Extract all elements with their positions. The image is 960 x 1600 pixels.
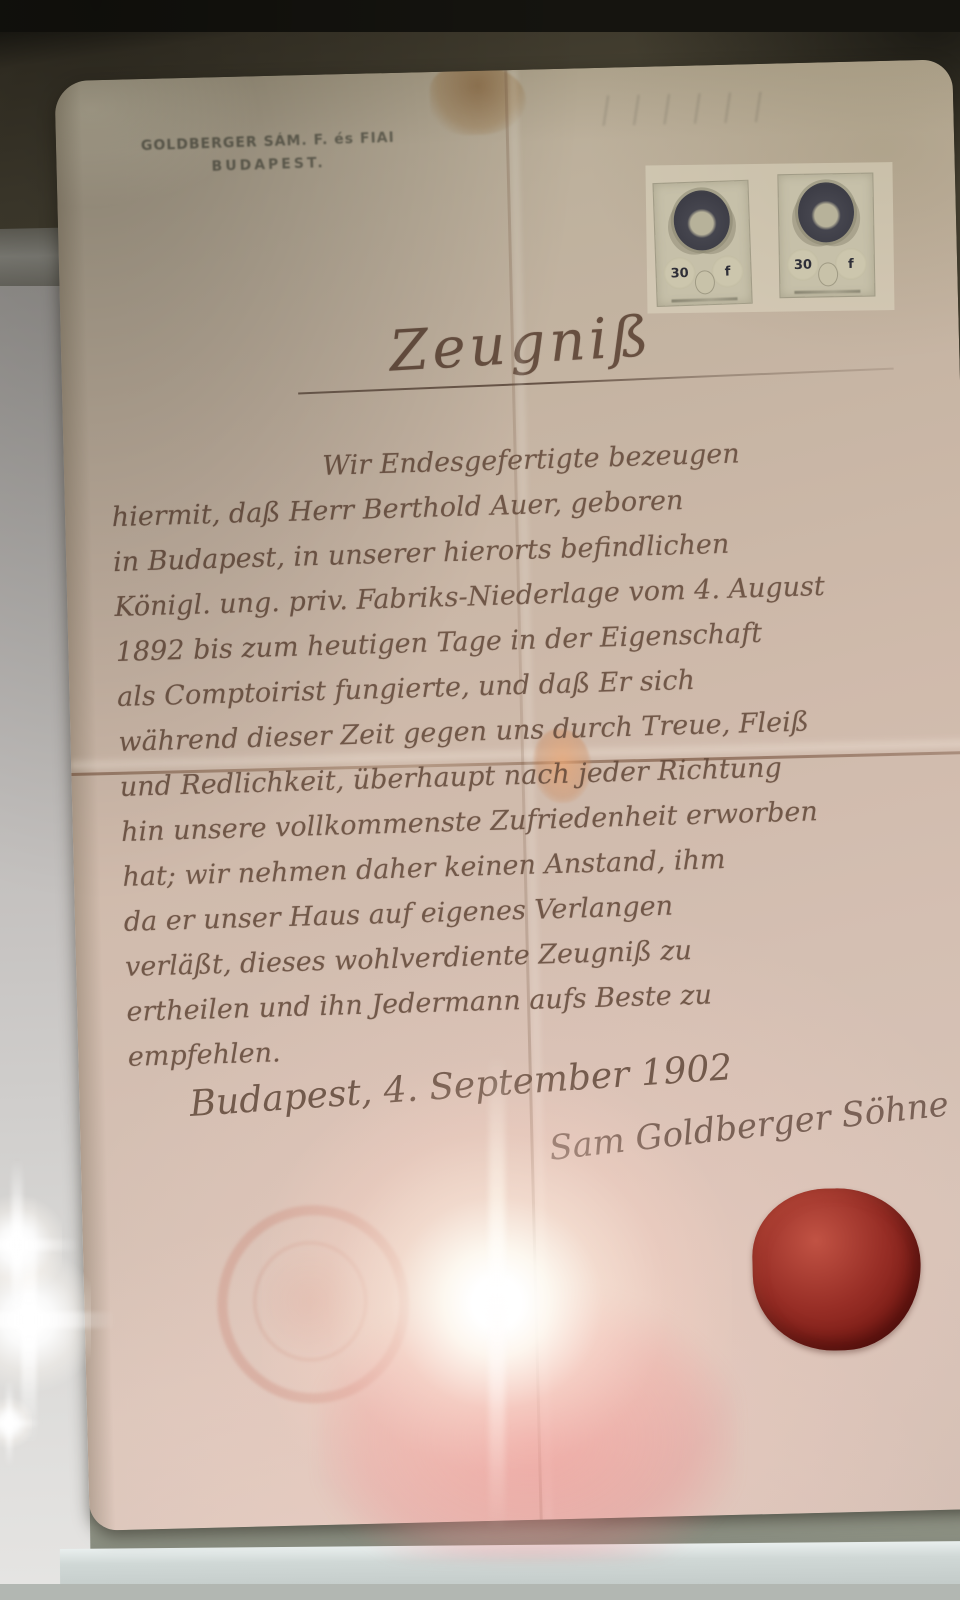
stamp-currency: f xyxy=(711,255,744,288)
ink-stamp-inner-ring xyxy=(252,1240,369,1363)
signature: Sam Goldberger Söhne xyxy=(547,1084,951,1169)
stamp-caption-smudge xyxy=(672,297,738,302)
stamp-crest-icon xyxy=(673,189,731,251)
photo-of-certificate: GOLDBERGER SÁM. F. és FIAI BUDAPEST. 30 … xyxy=(0,0,960,1600)
red-wax-seal xyxy=(751,1186,923,1352)
stamp-value: 30 xyxy=(787,249,820,282)
revenue-stamp-1: 30 f xyxy=(652,180,752,307)
revenue-stamp-2: 30 f xyxy=(777,173,875,299)
handwritten-body: Wir Endesgefertigte bezeugen hiermit, da… xyxy=(110,425,960,1079)
certificate-document: GOLDBERGER SÁM. F. és FIAI BUDAPEST. 30 … xyxy=(54,59,960,1531)
letterhead: GOLDBERGER SÁM. F. és FIAI BUDAPEST. xyxy=(134,130,403,178)
faint-pencil-note xyxy=(593,92,779,127)
dark-ceiling-strip xyxy=(0,0,960,32)
stamp-currency: f xyxy=(835,248,868,281)
letterhead-company: GOLDBERGER SÁM. F. és FIAI xyxy=(134,130,402,155)
letterhead-city: BUDAPEST. xyxy=(134,153,402,178)
stamp-shield-icon xyxy=(818,262,838,286)
stamp-crest-icon xyxy=(797,182,854,243)
stamp-value: 30 xyxy=(663,257,696,290)
shelf-floor xyxy=(0,1584,960,1600)
stamp-shield-icon xyxy=(695,270,716,295)
stamp-caption-smudge xyxy=(794,290,860,294)
faded-ink-stamp-seal xyxy=(215,1203,412,1406)
